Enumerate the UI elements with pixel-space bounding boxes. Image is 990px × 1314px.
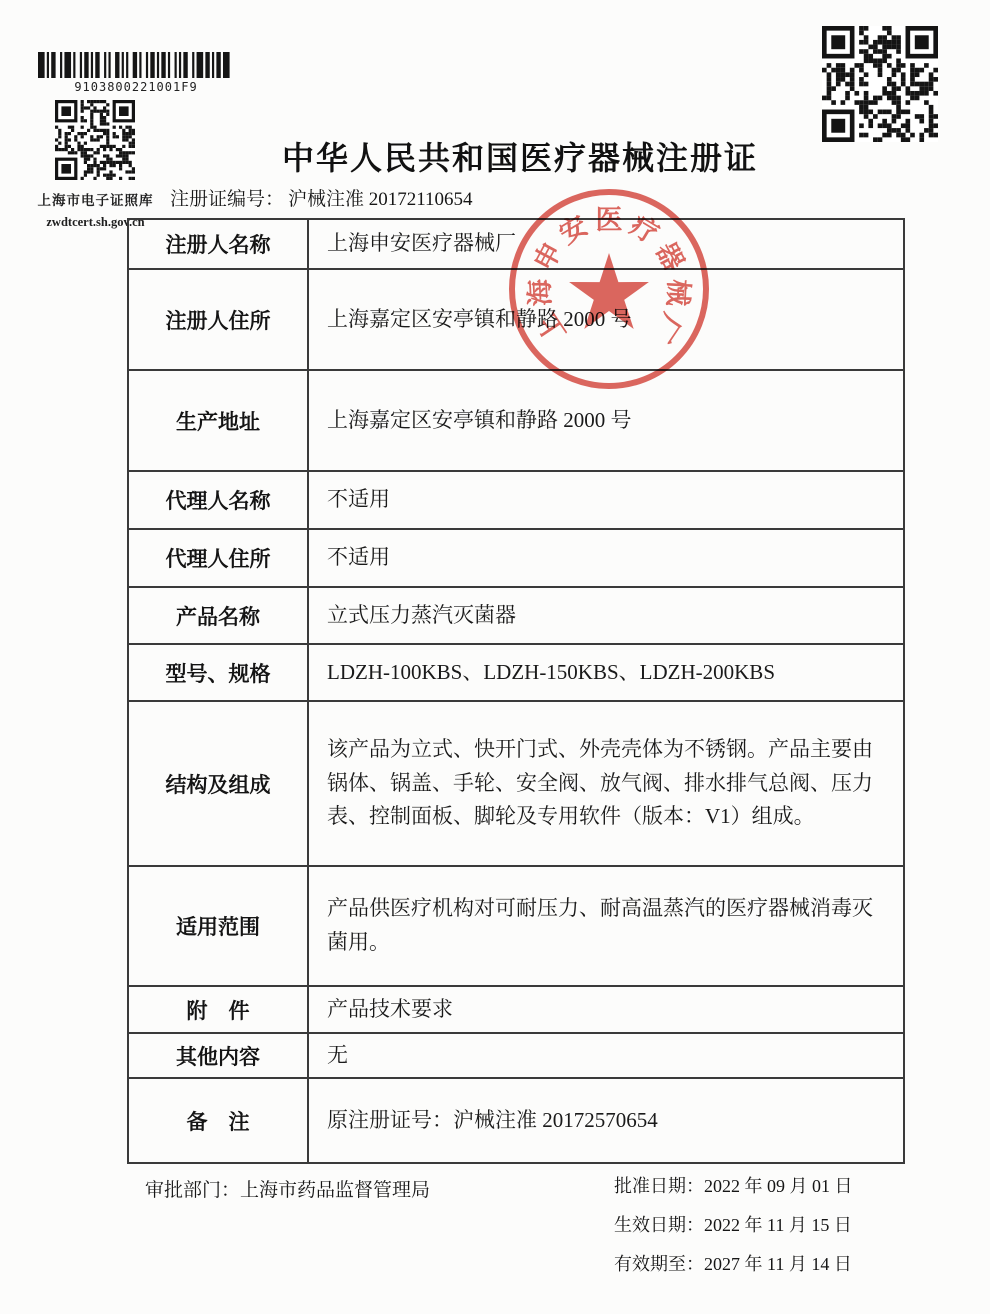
row-value: 原注册证号：沪械注准 20172570654 — [309, 1079, 903, 1162]
row-value: LDZH-100KBS、LDZH-150KBS、LDZH-200KBS — [309, 645, 903, 700]
registration-number-label: 注册证编号： — [170, 189, 284, 210]
expiry-date-line: 有效期至：2027 年 11 月 14 日 — [614, 1250, 853, 1276]
table-row: 产品名称 立式压力蒸汽灭菌器 — [129, 588, 903, 645]
row-value: 上海嘉定区安亭镇和静路 2000 号 — [309, 270, 903, 369]
effective-date-label: 生效日期： — [614, 1215, 704, 1235]
qr-code-icon — [55, 100, 135, 180]
row-value: 不适用 — [309, 472, 903, 528]
table-row: 生产地址 上海嘉定区安亭镇和静路 2000 号 — [129, 371, 903, 472]
effective-date-line: 生效日期：2022 年 11 月 15 日 — [614, 1211, 853, 1237]
expiry-date-value: 2027 年 11 月 14 日 — [704, 1254, 852, 1274]
qr-code-icon — [822, 26, 938, 142]
row-label: 代理人名称 — [129, 472, 309, 528]
table-row: 备 注 原注册证号：沪械注准 20172570654 — [129, 1079, 903, 1162]
date-block: 批准日期：2022 年 09 月 01 日 生效日期：2022 年 11 月 1… — [614, 1172, 853, 1289]
row-value: 上海申安医疗器械厂 — [309, 220, 903, 268]
row-value: 不适用 — [309, 530, 903, 586]
row-label: 结构及组成 — [129, 702, 309, 865]
approval-department-label: 审批部门： — [145, 1180, 240, 1201]
table-row: 代理人名称 不适用 — [129, 472, 903, 530]
table-row: 结构及组成 该产品为立式、快开门式、外壳壳体为不锈钢。产品主要由锅体、锅盖、手轮… — [129, 702, 903, 867]
row-label: 生产地址 — [129, 371, 309, 470]
row-label: 型号、规格 — [129, 645, 309, 700]
approval-department-value: 上海市药品监督管理局 — [240, 1180, 430, 1201]
effective-date-value: 2022 年 11 月 15 日 — [704, 1215, 852, 1235]
row-value: 产品供医疗机构对可耐压力、耐高温蒸汽的医疗器械消毒灭菌用。 — [309, 867, 903, 985]
row-label: 附 件 — [129, 987, 309, 1032]
row-label: 其他内容 — [129, 1034, 309, 1077]
registration-number-line: 注册证编号：沪械注准 20172110654 — [170, 184, 473, 211]
table-row: 其他内容 无 — [129, 1034, 903, 1079]
row-value: 产品技术要求 — [309, 987, 903, 1032]
certificate-title: 中华人民共和国医疗器械注册证 — [135, 133, 905, 179]
approval-date-value: 2022 年 09 月 01 日 — [704, 1176, 853, 1196]
table-row: 注册人名称 上海申安医疗器械厂 — [129, 220, 903, 270]
table-row: 代理人住所 不适用 — [129, 530, 903, 588]
row-value: 无 — [309, 1034, 903, 1077]
barcode-icon — [38, 52, 234, 78]
table-row: 型号、规格 LDZH-100KBS、LDZH-150KBS、LDZH-200KB… — [129, 645, 903, 702]
row-label: 代理人住所 — [129, 530, 309, 586]
row-label: 注册人住所 — [129, 270, 309, 369]
certificate-page: 9103800221001F9 上海市电子证照库 zwdtcert.sh.gov… — [0, 0, 990, 1314]
expiry-date-label: 有效期至： — [614, 1254, 704, 1274]
approval-date-label: 批准日期： — [614, 1176, 704, 1196]
row-value: 上海嘉定区安亭镇和静路 2000 号 — [309, 371, 903, 470]
certificate-table: 注册人名称 上海申安医疗器械厂 注册人住所 上海嘉定区安亭镇和静路 2000 号… — [127, 218, 905, 1164]
approval-date-line: 批准日期：2022 年 09 月 01 日 — [614, 1172, 853, 1198]
approval-department-line: 审批部门：上海市药品监督管理局 — [145, 1175, 430, 1202]
row-label: 适用范围 — [129, 867, 309, 985]
row-label: 产品名称 — [129, 588, 309, 643]
row-label: 备 注 — [129, 1079, 309, 1162]
table-row: 适用范围 产品供医疗机构对可耐压力、耐高温蒸汽的医疗器械消毒灭菌用。 — [129, 867, 903, 987]
eportal-name: 上海市电子证照库 — [28, 189, 163, 209]
table-row: 注册人住所 上海嘉定区安亭镇和静路 2000 号 — [129, 270, 903, 371]
barcode-number: 9103800221001F9 — [38, 80, 234, 94]
registration-number-value: 沪械注准 20172110654 — [288, 189, 473, 210]
table-row: 附 件 产品技术要求 — [129, 987, 903, 1034]
row-value: 立式压力蒸汽灭菌器 — [309, 588, 903, 643]
row-label: 注册人名称 — [129, 220, 309, 268]
row-value: 该产品为立式、快开门式、外壳壳体为不锈钢。产品主要由锅体、锅盖、手轮、安全阀、放… — [309, 702, 903, 865]
